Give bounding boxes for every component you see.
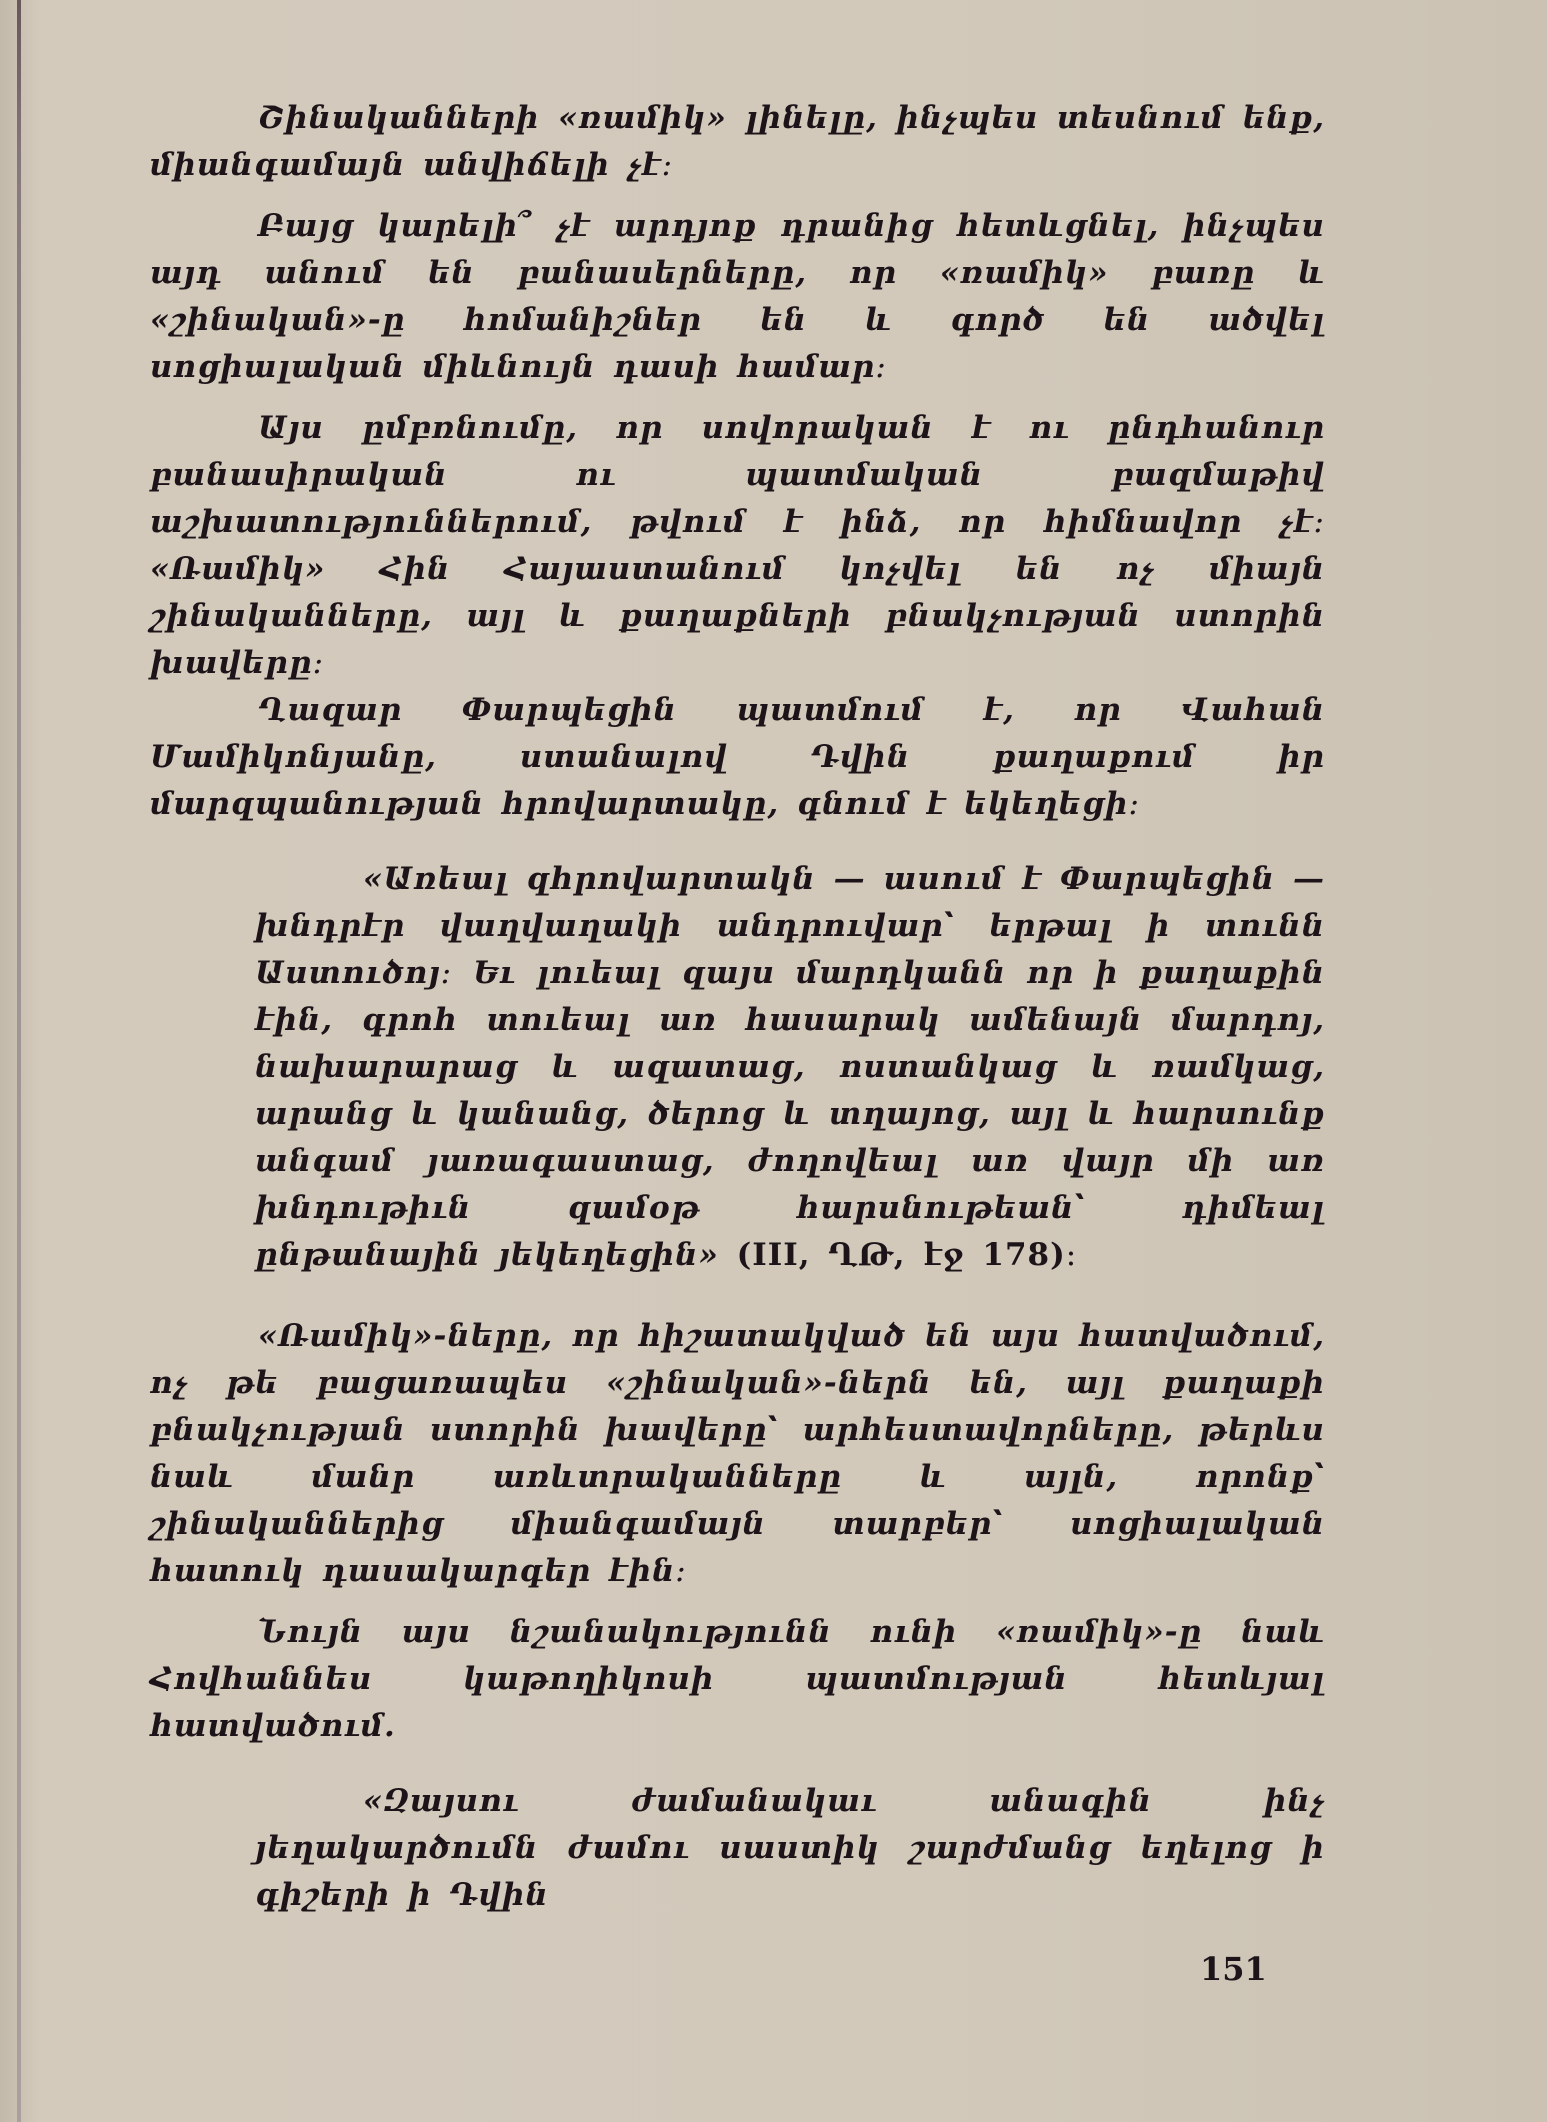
paragraph-1: Շինականների «ռամիկ» լինելը, ինչպես տեսնո… — [150, 95, 1325, 189]
quotation-text: «Առեալ զհրովարտակն — ասում է Փարպեցին — … — [255, 861, 1325, 1273]
paragraph-5: «Ռամիկ»-ները, որ հիշատակված են այս հատվա… — [150, 1313, 1325, 1595]
page-text: Շինականների «ռամիկ» լինելը, ինչպես տեսնո… — [150, 95, 1325, 1919]
page-number: 151 — [1200, 1950, 1267, 1988]
paragraph-2: Բայց կարելի՞ չէ արդյոք դրանից հետևցնել, … — [150, 203, 1325, 391]
quotation-parpetsi: «Առեալ զհրովարտակն — ասում է Փարպեցին — … — [150, 856, 1325, 1279]
quotation-hovhannes: «Զայսու ժամանակաւ անագին ինչ յեղակարծում… — [150, 1778, 1325, 1919]
paragraph-4: Ղազար Փարպեցին պատմում է, որ Վահան Մամիկ… — [150, 687, 1325, 828]
paragraph-3: Այս ըմբռնումը, որ սովորական է ու ընդհանո… — [150, 405, 1325, 687]
quotation-reference: (III, ՂԹ, էջ 178)։ — [737, 1237, 1078, 1273]
book-spine-edge — [17, 0, 21, 2122]
paragraph-6: Նույն այս նշանակությունն ունի «ռամիկ»-ը … — [150, 1609, 1325, 1750]
